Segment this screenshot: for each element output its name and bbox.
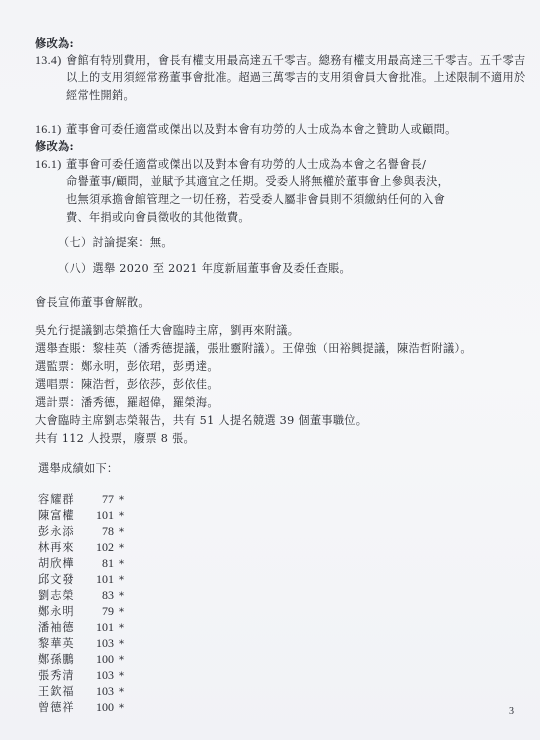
result-row: 林再來102* [38,540,124,556]
candidate-name: 鄭孫鵬 [38,653,90,667]
vote-count: 101 [90,572,114,586]
elected-mark: * [119,622,124,636]
candidate-name: 曾德祥 [38,701,90,715]
candidate-name: 胡欣樺 [38,557,90,571]
elected-mark: * [119,654,124,668]
candidate-name: 潘袖德 [38,621,90,635]
clause-number: 16.1) [35,157,66,171]
candidate-name: 劉志榮 [38,589,90,603]
result-row: 胡欣樺81* [38,556,124,572]
clause-number: 16.1) [35,122,66,136]
elected-mark: * [119,574,124,588]
clause-16-1-amended-line-1: 16.1)董事會可委任適當或傑出以及對本會有功勞的人士成為本會之名譽會長/ [35,157,426,172]
result-row: 劉志榮83* [38,588,124,604]
result-row: 張秀清103* [38,668,124,684]
vote-count: 77 [90,492,114,506]
election-process-line: 選唱票：陳浩哲，彭依莎，彭依佳。 [35,378,219,392]
clause-16-1-amended-line-4: 費、年捐或向會員徵收的其他徵費。 [66,211,250,225]
election-process-line: 選舉查賬：黎桂英（潘秀德提議，張壯靈附議）。王偉強（田裕興提議，陳浩哲附議）。 [35,342,472,356]
elected-mark: * [119,510,124,524]
election-process-line: 選計票：潘秀德，羅超偉，羅榮海。 [35,396,219,410]
elected-mark: * [119,494,124,508]
results-heading: 選舉成績如下： [38,462,118,476]
candidate-name: 鄭永明 [38,605,90,619]
clause-text: 董事會可委任適當或傑出以及對本會有功勞的人士成為本會之名譽會長/ [66,158,426,171]
result-row: 曾德祥100* [38,700,124,716]
section-7-heading: （七）討論提案：無。 [58,236,173,250]
election-process-line: 共有 112 人投票，廢票 8 張。 [35,432,195,446]
result-row: 王欽福103* [38,684,124,700]
elected-mark: * [119,606,124,620]
clause-text: 董事會可委任適當或傑出以及對本會有功勞的人士成為本會之贊助人或顧問。 [66,123,457,136]
clause-16-1-original: 16.1)董事會可委任適當或傑出以及對本會有功勞的人士成為本會之贊助人或顧問。 [35,122,457,137]
elected-mark: * [119,542,124,556]
vote-count: 81 [90,556,114,570]
document-page: 修改為: 13.4)會館有特別費用，會長有權支用最高達五千零吉。總務有權支用最高… [0,0,540,740]
vote-count: 102 [90,540,114,554]
clause-13-4-line-3: 經常性開銷。 [66,89,135,103]
vote-count: 103 [90,668,114,682]
clause-16-1-amended-line-2: 命譽董事/顧問，並賦予其適宜之任期。受委人將無權於董事會上參與表決， [66,175,449,189]
vote-count: 100 [90,700,114,714]
vote-count: 79 [90,604,114,618]
amend-label: 修改為: [35,139,74,153]
election-process-line: 大會臨時主席劉志榮報告，共有 51 人提名競選 39 個董事職位。 [35,414,367,428]
page-number: 3 [509,706,514,717]
clause-13-4-line-1: 13.4)會館有特別費用，會長有權支用最高達五千零吉。總務有權支用最高達三千零吉… [35,53,526,68]
election-process-line: 選監票：鄭永明，彭依珺，彭勇達。 [35,360,219,374]
clause-16-1-amended-line-3: 也無須承擔會館管理之一切任務，若受委人屬非會員則不須繳納任何的入會 [66,193,445,207]
candidate-name: 黎華英 [38,637,90,651]
vote-count: 101 [90,508,114,522]
elected-mark: * [119,558,124,572]
result-row: 邱文發101* [38,572,124,588]
clause-text: 會館有特別費用，會長有權支用最高達五千零吉。總務有權支用最高達三千零吉。五千零吉 [66,54,526,67]
candidate-name: 邱文發 [38,573,90,587]
candidate-name: 容耀群 [38,493,90,507]
result-row: 陳富權101* [38,508,124,524]
elected-mark: * [119,526,124,540]
clause-13-4-line-2: 以上的支用須經常務董事會批准。超過三萬零吉的支用須會員大會批准。上述限制不適用於 [66,71,526,85]
elected-mark: * [119,590,124,604]
elected-mark: * [119,686,124,700]
vote-count: 101 [90,620,114,634]
vote-count: 103 [90,684,114,698]
vote-count: 103 [90,636,114,650]
result-row: 鄭永明79* [38,604,124,620]
candidate-name: 彭永添 [38,525,90,539]
elected-mark: * [119,702,124,716]
candidate-name: 張秀清 [38,669,90,683]
vote-count: 100 [90,652,114,666]
candidate-name: 王欽福 [38,685,90,699]
elected-mark: * [119,638,124,652]
result-row: 彭永添78* [38,524,124,540]
dissolution-statement: 會長宣佈董事會解散。 [35,296,150,310]
elected-mark: * [119,670,124,684]
result-row: 鄭孫鵬100* [38,652,124,668]
vote-count: 78 [90,524,114,538]
section-8-heading: （八）選舉 2020 至 2021 年度新屆董事會及委任查賬。 [58,262,351,276]
candidate-name: 林再來 [38,541,90,555]
vote-count: 83 [90,588,114,602]
clause-number: 13.4) [35,53,66,67]
result-row: 黎華英103* [38,636,124,652]
election-process-line: 吳允行提議劉志榮擔任大會臨時主席，劉再來附議。 [35,324,299,338]
result-row: 潘袖德101* [38,620,124,636]
amend-label: 修改為: [35,36,74,50]
result-row: 容耀群77* [38,492,124,508]
candidate-name: 陳富權 [38,509,90,523]
